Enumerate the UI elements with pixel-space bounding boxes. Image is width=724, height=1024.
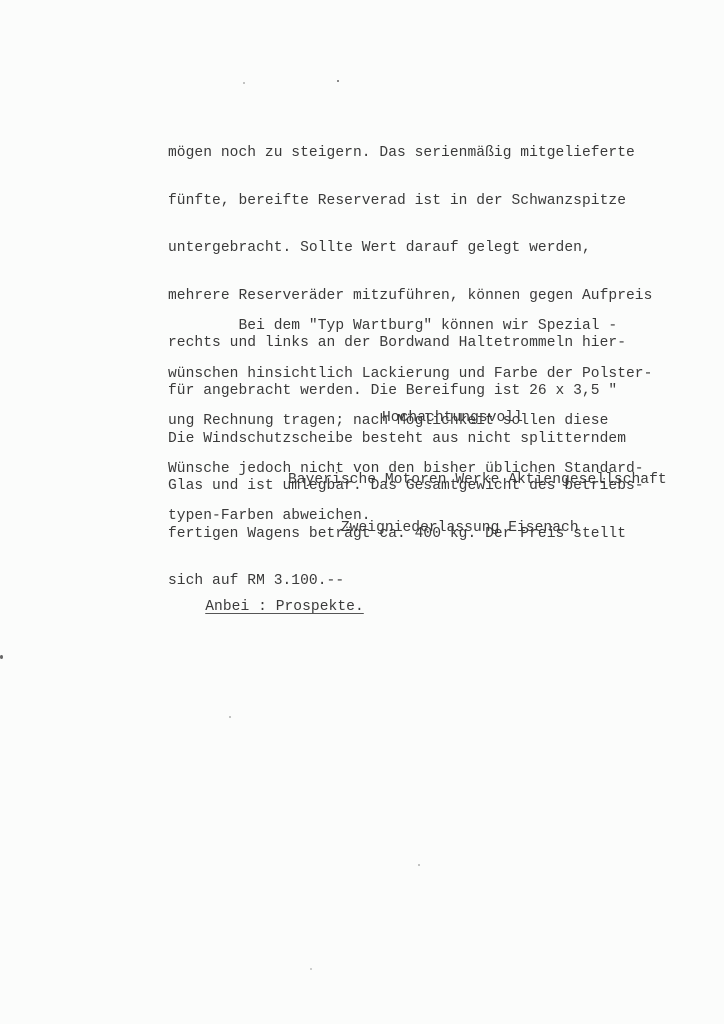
text-line: Bei dem "Typ Wartburg" können wir Spezia… (168, 319, 652, 335)
scan-speck (243, 82, 245, 84)
text-line: fünfte, bereifte Reserverad ist in der S… (168, 194, 652, 210)
letter-page: mögen noch zu steigern. Das serienmäßig … (0, 0, 724, 1024)
enclosure-text: Anbei : Prospekte. (205, 599, 364, 615)
text-line: untergebracht. Sollte Wert darauf gelegt… (168, 241, 652, 257)
enclosure-note: Anbei : Prospekte. (170, 583, 364, 631)
text-line: mögen noch zu steigern. Das serienmäßig … (168, 146, 652, 162)
closing-salutation: Hochachtungsvoll (382, 410, 523, 426)
scan-speck (337, 80, 339, 82)
scan-speck (0, 655, 3, 659)
text-line: wünschen hinsichtlich Lackierung und Far… (168, 367, 652, 383)
scan-speck (310, 968, 312, 970)
signature-line: Zweigniederlassung Eisenach (288, 520, 667, 536)
scan-speck (418, 864, 420, 866)
signature-block: Bayerische Motoren Werke Aktiengesellsch… (288, 440, 667, 568)
scan-speck (229, 716, 231, 718)
signature-line: Bayerische Motoren Werke Aktiengesellsch… (288, 472, 667, 488)
